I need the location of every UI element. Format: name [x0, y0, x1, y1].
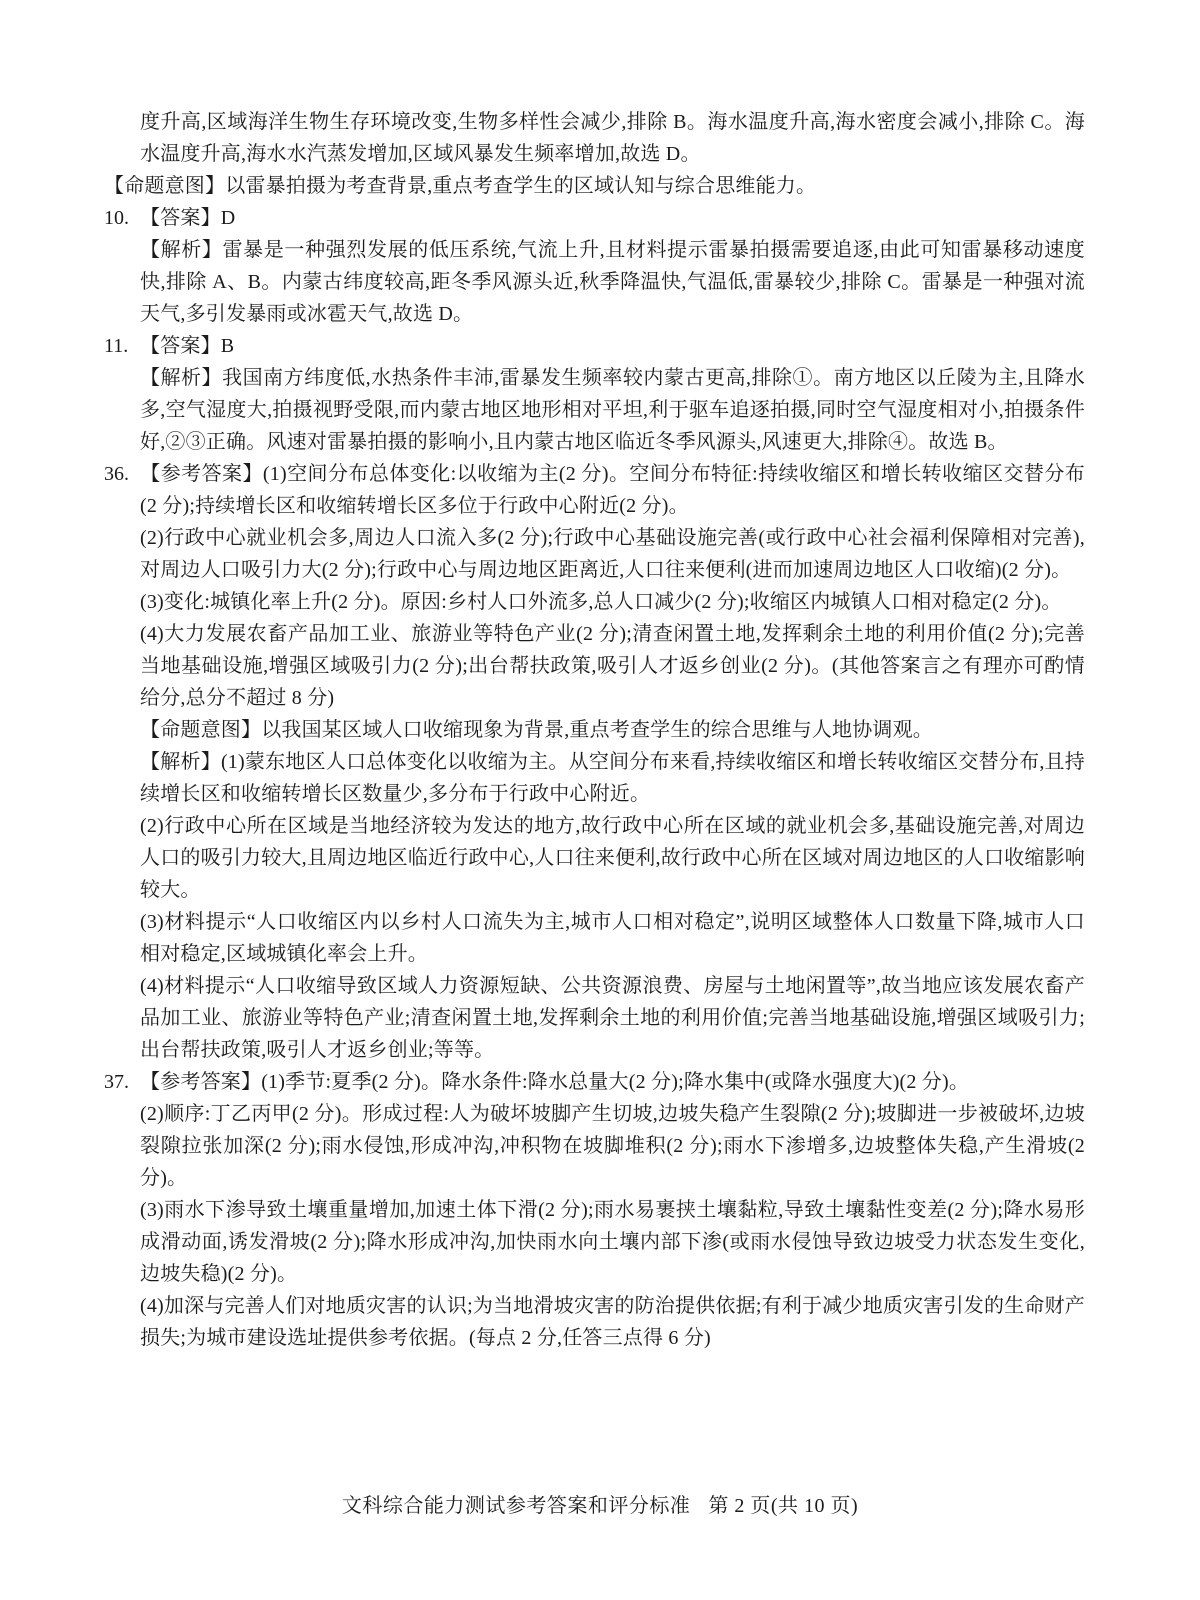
paragraph-text: (4)材料提示“人口收缩导致区域人力资源短缺、公共资源浪费、房屋与土地闲置等”,… — [140, 975, 1085, 1061]
item-36-reference-answer-row: 36.【参考答案】(1)空间分布总体变化:以收缩为主(2 分)。空间分布特征:持… — [140, 458, 1085, 522]
item-36-answer-part-4: (4)大力发展农畜产品加工业、旅游业等特色产业(2 分);清查闲置土地,发挥剩余… — [140, 618, 1085, 714]
page-root: 度升高,区域海洋生物生存环境改变,生物多样性会减少,排除 B。海水温度升高,海水… — [0, 0, 1200, 1600]
item-37-answer-part-2: (2)顺序:丁乙丙甲(2 分)。形成过程:人为破坏坡脚产生切坡,边坡失稳产生裂隙… — [140, 1098, 1085, 1194]
answer-key-page: { "content": { "blocks": [ { "text": "度升… — [0, 0, 1200, 1600]
paragraph-text: (2)行政中心所在区域是当地经济较为发达的地方,故行政中心所在区域的就业机会多,… — [140, 815, 1085, 901]
item-number: 36. — [104, 458, 140, 490]
item-10-analysis: 【解析】雷暴是一种强烈发展的低压系统,气流上升,且材料提示雷暴拍摄需要追逐,由此… — [140, 234, 1085, 330]
paragraph-text: 【命题意图】以我国某区域人口收缩现象为背景,重点考查学生的综合思维与人地协调观。 — [140, 719, 933, 741]
paragraph-text: (2)行政中心就业机会多,周边人口流入多(2 分);行政中心基础设施完善(或行政… — [140, 527, 1085, 581]
item-36-intent-note: 【命题意图】以我国某区域人口收缩现象为背景,重点考查学生的综合思维与人地协调观。 — [140, 714, 1085, 746]
paragraph-text: (3)雨水下渗导致土壤重量增加,加速土体下滑(2 分);雨水易裹挟土壤黏粒,导致… — [140, 1199, 1085, 1285]
intent-note-q9: 【命题意图】以雷暴拍摄为考查背景,重点考查学生的区域认知与综合思维能力。 — [140, 170, 1085, 202]
answer-text: 【答案】B — [140, 335, 234, 357]
answer-text: 【参考答案】(1)空间分布总体变化:以收缩为主(2 分)。空间分布特征:持续收缩… — [140, 463, 1085, 517]
item-37-answer-part-3: (3)雨水下渗导致土壤重量增加,加速土体下滑(2 分);雨水易裹挟土壤黏粒,导致… — [140, 1194, 1085, 1290]
paragraph-text: (4)加深与完善人们对地质灾害的认识;为当地滑坡灾害的防治提供依据;有利于减少地… — [140, 1295, 1085, 1349]
item-number: 10. — [104, 202, 140, 234]
item-37-reference-answer-row: 37.【参考答案】(1)季节:夏季(2 分)。降水条件:降水总量大(2 分);降… — [140, 1066, 1085, 1098]
paragraph-text: (3)材料提示“人口收缩区内以乡村人口流失为主,城市人口相对稳定”,说明区域整体… — [140, 911, 1085, 965]
item-36-answer-part-2: (2)行政中心就业机会多,周边人口流入多(2 分);行政中心基础设施完善(或行政… — [140, 522, 1085, 586]
item-36-analysis-part-4: (4)材料提示“人口收缩导致区域人力资源短缺、公共资源浪费、房屋与土地闲置等”,… — [140, 970, 1085, 1066]
item-11-answer-row: 11.【答案】B — [140, 330, 1085, 362]
footer-title: 文科综合能力测试参考答案和评分标准 — [342, 1495, 691, 1517]
paragraph-text: 【解析】我国南方纬度低,水热条件丰沛,雷暴发生频率较内蒙古更高,排除①。南方地区… — [140, 367, 1085, 453]
footer-page-number: 第 2 页(共 10 页) — [708, 1495, 858, 1517]
item-36-analysis-part-2: (2)行政中心所在区域是当地经济较为发达的地方,故行政中心所在区域的就业机会多,… — [140, 810, 1085, 906]
item-36-analysis-part-3: (3)材料提示“人口收缩区内以乡村人口流失为主,城市人口相对稳定”,说明区域整体… — [140, 906, 1085, 970]
answer-text: 【参考答案】(1)季节:夏季(2 分)。降水条件:降水总量大(2 分);降水集中… — [140, 1071, 969, 1093]
page-footer: 文科综合能力测试参考答案和评分标准第 2 页(共 10 页) — [0, 1489, 1200, 1518]
item-11-analysis: 【解析】我国南方纬度低,水热条件丰沛,雷暴发生频率较内蒙古更高,排除①。南方地区… — [140, 362, 1085, 458]
item-36-answer-part-3: (3)变化:城镇化率上升(2 分)。原因:乡村人口外流多,总人口减少(2 分);… — [140, 586, 1085, 618]
paragraph-text: (3)变化:城镇化率上升(2 分)。原因:乡村人口外流多,总人口减少(2 分);… — [140, 591, 1062, 613]
content-column: 度升高,区域海洋生物生存环境改变,生物多样性会减少,排除 B。海水温度升高,海水… — [140, 106, 1085, 1354]
paragraph-text: 【解析】(1)蒙东地区人口总体变化以收缩为主。从空间分布来看,持续收缩区和增长转… — [140, 751, 1085, 805]
paragraph-text: (2)顺序:丁乙丙甲(2 分)。形成过程:人为破坏坡脚产生切坡,边坡失稳产生裂隙… — [140, 1103, 1085, 1189]
answer-text: 【答案】D — [140, 207, 235, 229]
paragraph-text: 【解析】雷暴是一种强烈发展的低压系统,气流上升,且材料提示雷暴拍摄需要追逐,由此… — [140, 239, 1085, 325]
prev-answer-tail-paragraph: 度升高,区域海洋生物生存环境改变,生物多样性会减少,排除 B。海水温度升高,海水… — [140, 106, 1085, 170]
item-10-answer-row: 10.【答案】D — [140, 202, 1085, 234]
paragraph-text: 度升高,区域海洋生物生存环境改变,生物多样性会减少,排除 B。海水温度升高,海水… — [140, 111, 1085, 165]
paragraph-text: 【命题意图】以雷暴拍摄为考查背景,重点考查学生的区域认知与综合思维能力。 — [104, 175, 816, 197]
item-37-answer-part-4: (4)加深与完善人们对地质灾害的认识;为当地滑坡灾害的防治提供依据;有利于减少地… — [140, 1290, 1085, 1354]
paragraph-text: (4)大力发展农畜产品加工业、旅游业等特色产业(2 分);清查闲置土地,发挥剩余… — [140, 623, 1085, 709]
item-36-analysis-part-1: 【解析】(1)蒙东地区人口总体变化以收缩为主。从空间分布来看,持续收缩区和增长转… — [140, 746, 1085, 810]
item-number: 37. — [104, 1066, 140, 1098]
item-number: 11. — [104, 330, 140, 362]
